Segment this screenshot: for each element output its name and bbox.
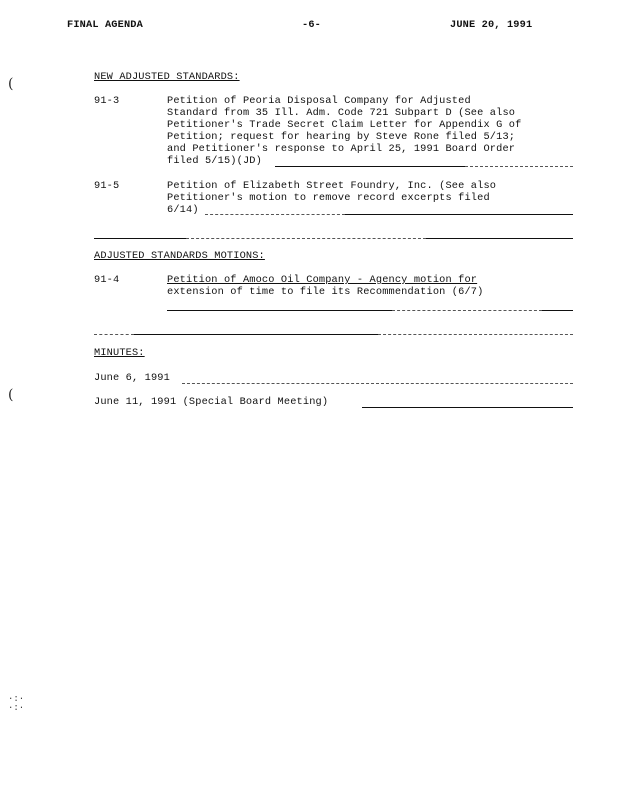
item-line: 6/14) <box>167 205 199 216</box>
divider-line <box>94 334 134 335</box>
divider-line <box>426 238 573 239</box>
signature-line <box>542 310 573 311</box>
item-line: filed 5/15)(JD) <box>167 156 262 167</box>
item-line: Standard from 35 Ill. Adm. Code 721 Subp… <box>167 108 515 119</box>
divider-line <box>94 238 186 239</box>
binding-mark: ( <box>8 76 13 92</box>
item-line: Petitioner's Trade Secret Claim Letter f… <box>167 120 521 131</box>
item-line: Petitioner's motion to remove record exc… <box>167 193 490 204</box>
item-line: extension of time to file its Recommenda… <box>167 287 483 298</box>
signature-line <box>167 310 392 311</box>
item-number: 91-3 <box>94 96 119 107</box>
section-title-adjusted-standards-motions: ADJUSTED STANDARDS MOTIONS: <box>94 251 265 262</box>
header-title: FINAL AGENDA <box>67 20 143 31</box>
binding-mark: ( <box>8 387 13 403</box>
section-title-new-adjusted-standards: NEW ADJUSTED STANDARDS: <box>94 72 240 83</box>
signature-line <box>362 407 573 408</box>
divider-line <box>186 238 426 239</box>
signature-line <box>205 214 345 215</box>
minutes-entry: June 6, 1991 <box>94 373 170 384</box>
divider-line <box>134 334 378 335</box>
item-line: Petition of Amoco Oil Company - Agency m… <box>167 275 477 286</box>
signature-line <box>182 383 573 384</box>
item-line: Petition; request for hearing by Steve R… <box>167 132 515 143</box>
header-date: JUNE 20, 1991 <box>450 20 532 31</box>
section-title-minutes: MINUTES: <box>94 348 145 359</box>
page-number: -6- <box>302 20 321 31</box>
item-number: 91-5 <box>94 181 119 192</box>
signature-line <box>392 310 542 311</box>
divider-line <box>378 334 573 335</box>
scan-speck: ·:· ·:· <box>8 695 24 713</box>
signature-line <box>345 214 573 215</box>
signature-line <box>465 166 573 167</box>
minutes-entry: June 11, 1991 (Special Board Meeting) <box>94 397 328 408</box>
signature-line <box>275 166 465 167</box>
item-line: and Petitioner's response to April 25, 1… <box>167 144 515 155</box>
item-line: Petition of Peoria Disposal Company for … <box>167 96 471 107</box>
item-line: Petition of Elizabeth Street Foundry, In… <box>167 181 496 192</box>
item-number: 91-4 <box>94 275 119 286</box>
